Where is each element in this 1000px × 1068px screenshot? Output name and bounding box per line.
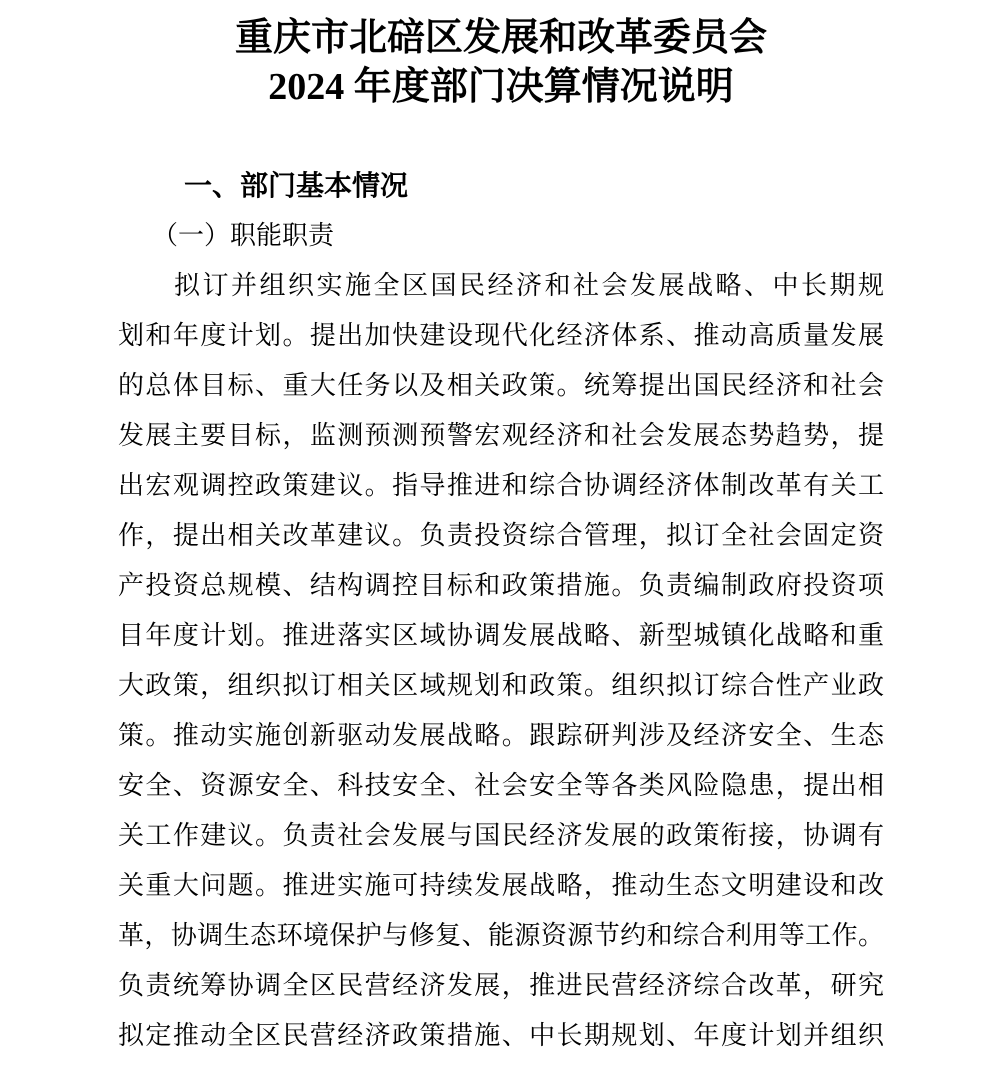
document-page: 重庆市北碚区发展和改革委员会 2024 年度部门决算情况说明 一、部门基本情况 … <box>0 0 1000 1068</box>
paragraph-line-15: 负责统筹协调全区民营经济发展，推进民营经济综合改革，研究 <box>118 961 884 1011</box>
document-title-line-2: 2024 年度部门决算情况说明 <box>118 63 884 112</box>
paragraph-line-11: 安全、资源安全、科技安全、社会安全等各类风险隐患，提出相 <box>118 761 884 811</box>
paragraph-line-1: 拟订并组织实施全区国民经济和社会发展战略、中长期规 <box>118 261 884 311</box>
document-title: 重庆市北碚区发展和改革委员会 2024 年度部门决算情况说明 <box>118 14 884 112</box>
document-title-line-1: 重庆市北碚区发展和改革委员会 <box>118 14 884 63</box>
paragraph-line-4: 发展主要目标，监测预测预警宏观经济和社会发展态势趋势，提 <box>118 411 884 461</box>
paragraph-line-12: 关工作建议。负责社会发展与国民经济发展的政策衔接，协调有 <box>118 811 884 861</box>
paragraph-line-16: 拟定推动全区民营经济政策措施、中长期规划、年度计划并组织 <box>118 1011 884 1061</box>
subsection-heading-functions-duties: （一）职能职责 <box>118 211 884 261</box>
paragraph-line-6: 作，提出相关改革建议。负责投资综合管理，拟订全社会固定资 <box>118 511 884 561</box>
paragraph-line-5: 出宏观调控政策建议。指导推进和综合协调经济体制改革有关工 <box>118 461 884 511</box>
functions-paragraph: 拟订并组织实施全区国民经济和社会发展战略、中长期规 划和年度计划。提出加快建设现… <box>118 261 884 1061</box>
paragraph-line-7: 产投资总规模、结构调控目标和政策措施。负责编制政府投资项 <box>118 561 884 611</box>
paragraph-line-14: 革，协调生态环境保护与修复、能源资源节约和综合利用等工作。 <box>118 911 884 961</box>
paragraph-line-3: 的总体目标、重大任务以及相关政策。统筹提出国民经济和社会 <box>118 361 884 411</box>
paragraph-line-10: 策。推动实施创新驱动发展战略。跟踪研判涉及经济安全、生态 <box>118 711 884 761</box>
paragraph-line-8: 目年度计划。推进落实区域协调发展战略、新型城镇化战略和重 <box>118 611 884 661</box>
paragraph-line-13: 关重大问题。推进实施可持续发展战略，推动生态文明建设和改 <box>118 861 884 911</box>
section-heading-basic-information: 一、部门基本情况 <box>118 161 884 211</box>
paragraph-line-2: 划和年度计划。提出加快建设现代化经济体系、推动高质量发展 <box>118 311 884 361</box>
paragraph-line-9: 大政策，组织拟订相关区域规划和政策。组织拟订综合性产业政 <box>118 661 884 711</box>
